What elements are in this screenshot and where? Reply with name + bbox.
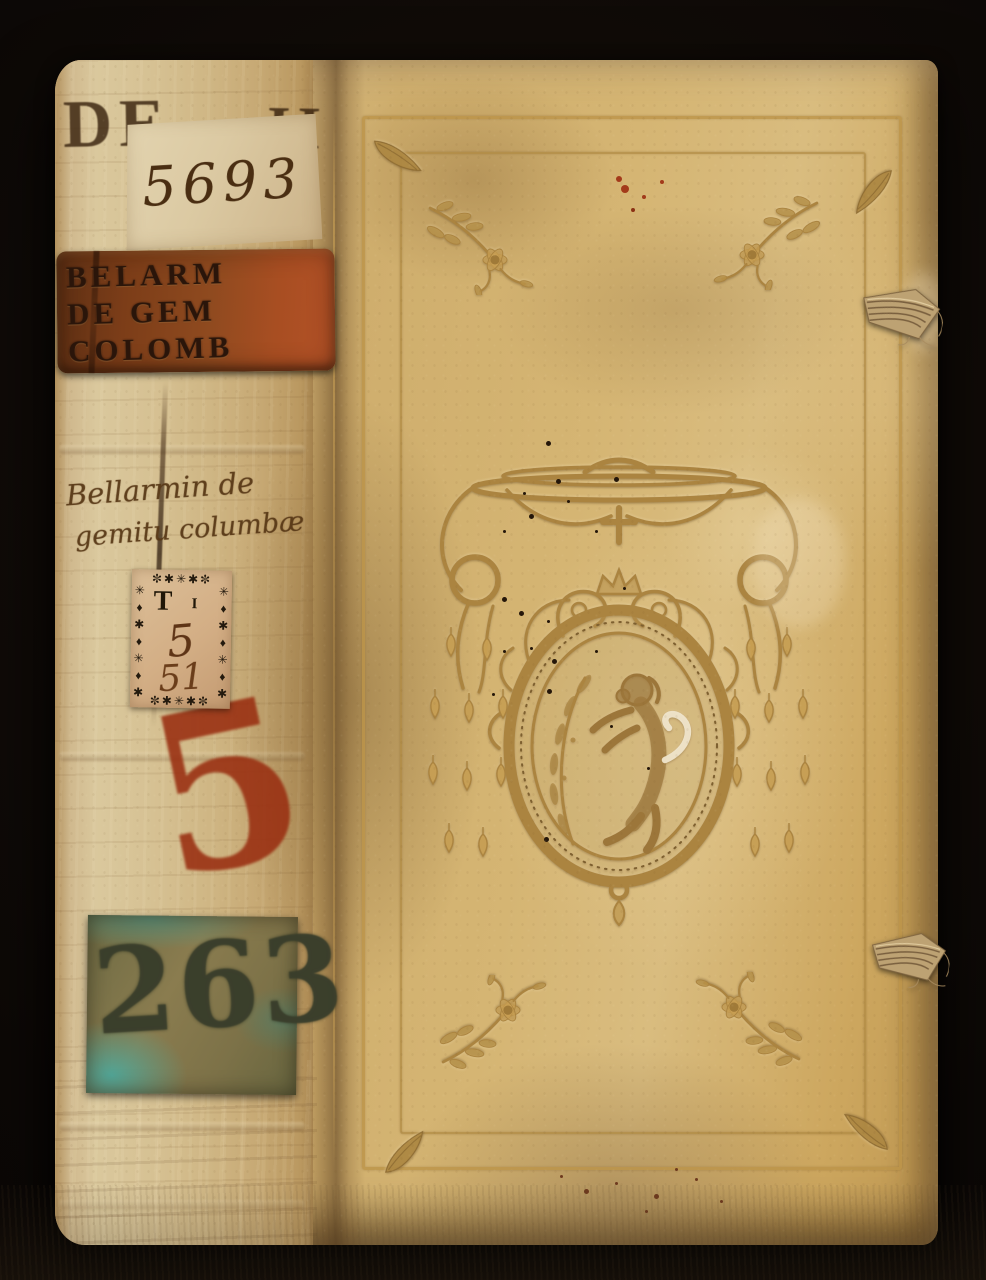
ornament-border-right: ✳♦✱♦✳♦✱ — [216, 585, 230, 695]
armorial-crest-icon — [413, 438, 825, 930]
catalog-label-body: T I 5 51 — [146, 583, 216, 692]
catalog-written-number-bottom: 51 — [157, 657, 205, 700]
title-line-3: COLOMB — [68, 326, 327, 369]
catalog-printed-code-sub: I — [191, 596, 197, 613]
floral-spray-icon — [703, 190, 827, 290]
tie-remnant-icon — [863, 918, 954, 996]
galero-hat-icon — [473, 460, 765, 500]
ornament-border-left: ✳♦✱♦✳♦✱ — [132, 583, 146, 693]
cross-pendant-icon — [603, 508, 635, 542]
shelf-number: 5693 — [141, 146, 306, 218]
lower-shelf-number: 263 — [90, 919, 349, 1052]
spine-title-label: BELARM DE GEM COLOMB — [56, 249, 335, 374]
shelf-number-label: 5693 — [123, 114, 322, 251]
floral-spray-icon — [420, 195, 544, 295]
book: DE II 5693 BELARM DE GEM COLOMB Bellarmi… — [55, 60, 938, 1245]
red-stain-specks — [55, 60, 59, 64]
spine-title-text: BELARM DE GEM COLOMB — [66, 252, 327, 369]
catalog-label: ✼✱✳✱✼ ✳♦✱♦✳♦✱ ✳♦✱♦✳♦✱ T I 5 51 ✼✱✳✱✼ — [130, 569, 232, 709]
photo-background: DE II 5693 BELARM DE GEM COLOMB Bellarmi… — [0, 0, 986, 1280]
sewing-band-ridge — [59, 445, 305, 454]
lower-shelf-label: 263 — [86, 915, 298, 1095]
catalog-printed-code: T — [153, 586, 172, 618]
floral-spray-icon — [685, 972, 809, 1072]
floral-spray-icon — [433, 975, 557, 1075]
